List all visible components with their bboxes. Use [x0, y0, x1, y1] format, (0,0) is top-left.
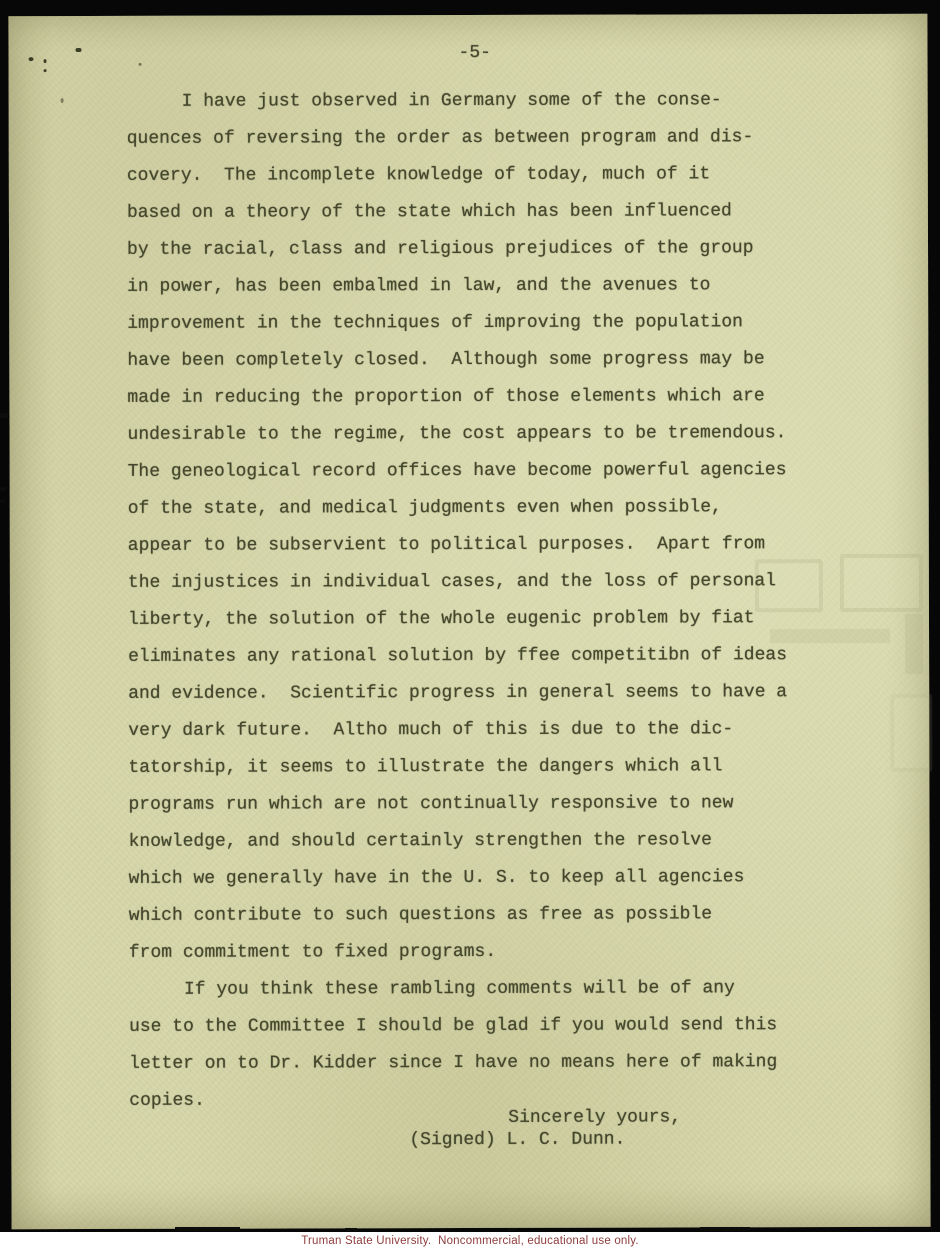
edge-tick [345, 1228, 357, 1231]
ghost-stamp [905, 614, 923, 674]
letter-line: made in reducing the proportion of those… [127, 378, 827, 417]
letter-line: The geneological record offices have bec… [128, 452, 828, 491]
letter-line: tatorship, it seems to illustrate the da… [128, 748, 828, 787]
edge-tick [508, 1228, 516, 1231]
letter-body: I have just observed in Germany some of … [127, 82, 830, 1120]
letter-line: of the state, and medical judgments even… [128, 489, 828, 528]
letter-line: liberty, the solution of the whole eugen… [128, 600, 828, 639]
closing-block: Sincerely yours, (Signed) L. C. Dunn. [409, 1106, 681, 1151]
letter-line: from commitment to fixed programs. [129, 933, 829, 972]
edge-tick [0, 413, 8, 418]
letter-line: eliminates any rational solution by ffee… [128, 637, 828, 676]
attribution-bar: Truman State University. Noncommercial, … [0, 1232, 940, 1249]
letter-line: quences of reversing the order as betwee… [127, 119, 827, 158]
letter-line: covery. The incomplete knowledge of toda… [127, 156, 827, 195]
letter-line: which contribute to such questions as fr… [129, 896, 829, 935]
edge-tick [0, 487, 6, 491]
ink-speck [75, 48, 81, 52]
letter-line: the injustices in individual cases, and … [128, 563, 828, 602]
ghost-stamp [840, 554, 923, 612]
edge-tick [700, 1227, 750, 1231]
letter-line: I have just observed in Germany some of … [127, 82, 827, 121]
letter-line: knowledge, and should certainly strength… [129, 822, 829, 861]
letter-line: and evidence. Scientific progress in gen… [128, 674, 828, 713]
letter-line: by the racial, class and religious preju… [127, 230, 827, 269]
page-number: -5- [458, 43, 490, 63]
letter-line: based on a theory of the state which has… [127, 193, 827, 232]
letter-line: have been completely closed. Although so… [127, 341, 827, 380]
edge-tick [175, 1227, 240, 1231]
ink-speck [139, 63, 142, 66]
ghost-stamp [890, 694, 932, 772]
letter-line: which we generally have in the U. S. to … [129, 859, 829, 898]
ink-speck [61, 98, 64, 103]
letter-line: letter on to Dr. Kidder since I have no … [129, 1044, 829, 1083]
letter-line: in power, has been embalmed in law, and … [127, 267, 827, 306]
closing-signature: (Signed) L. C. Dunn. [409, 1128, 681, 1151]
letter-line: If you think these rambling comments wil… [129, 970, 829, 1009]
paper-sheet: -5- I have just observed in Germany some… [8, 14, 930, 1229]
scanned-letter-page: -5- I have just observed in Germany some… [0, 0, 940, 1249]
edge-tick [0, 500, 5, 503]
ink-speck [44, 59, 47, 63]
letter-line: appear to be subservient to political pu… [128, 526, 828, 565]
letter-line: programs run which are not continually r… [128, 785, 828, 824]
ink-speck [44, 69, 47, 72]
letter-line: improvement in the techniques of improvi… [127, 304, 827, 343]
closing-salutation: Sincerely yours, [409, 1106, 681, 1129]
letter-line: undesirable to the regime, the cost appe… [127, 415, 827, 454]
ink-speck [29, 57, 34, 61]
letter-line: use to the Committee I should be glad if… [129, 1007, 829, 1046]
letter-line: very dark future. Altho much of this is … [128, 711, 828, 750]
attribution-text: Truman State University. Noncommercial, … [301, 1235, 639, 1247]
